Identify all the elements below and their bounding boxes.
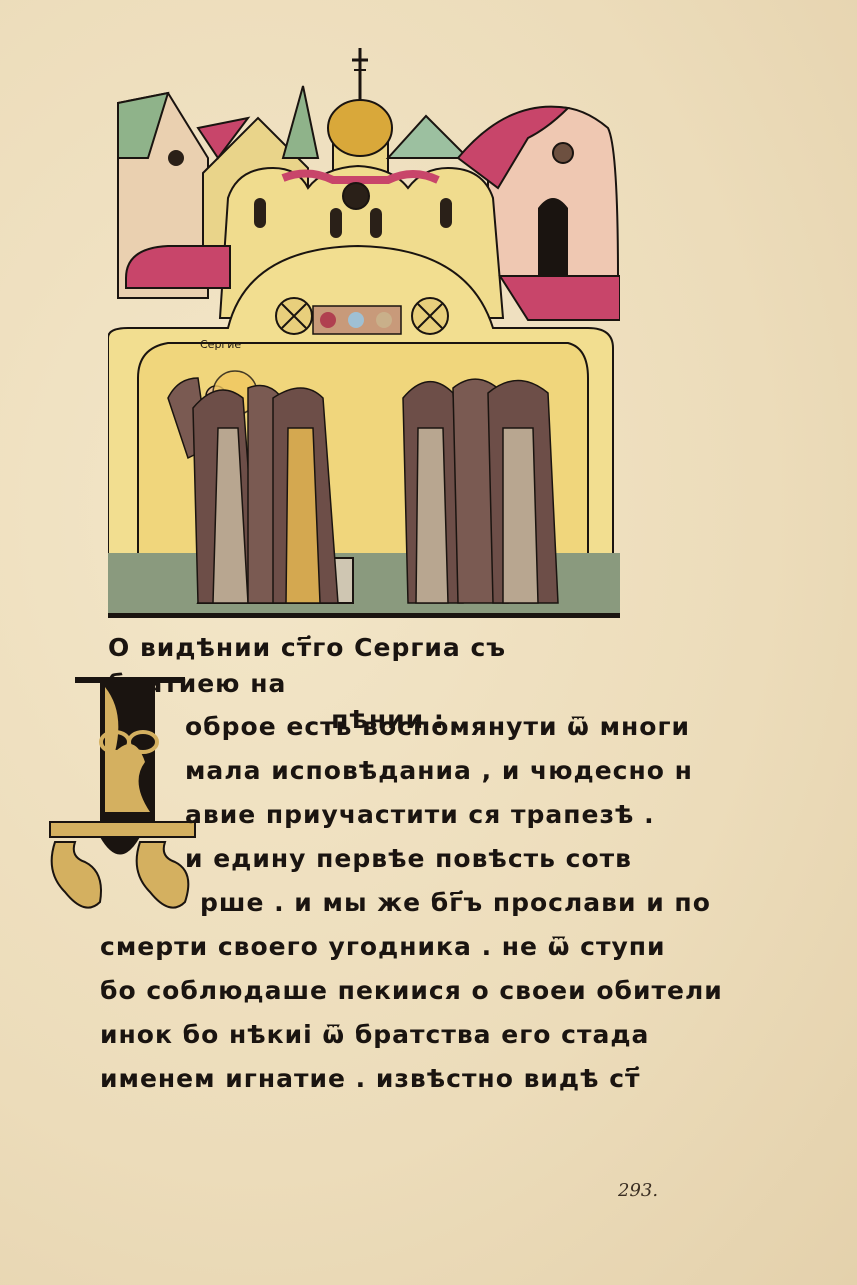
miniature-image: Сергие <box>108 48 620 618</box>
text-line: именем игнатие . извѣстно видѣ ст҃ <box>100 1064 641 1093</box>
illuminated-initial-d-icon <box>45 672 200 932</box>
text-line: бо соблюдаше пекиися о своеи обители <box>100 976 723 1005</box>
illuminated-initial: Д <box>45 672 200 932</box>
page-number: 293. <box>618 1180 658 1201</box>
text-line: оброе есть воспомянути ѿ многи <box>185 712 690 741</box>
text-line: рше . и мы же бг҃ъ прослави и по <box>200 888 711 917</box>
text-line: смерти своего угодника . не ѿ ступи <box>100 932 666 961</box>
text-line: мала исповѣданиа , и чюдесно н <box>185 756 693 785</box>
text-line: авие приучастити ся трапезѣ . <box>185 800 655 829</box>
text-line: инок бо нѣкиі ѿ братства его стада <box>100 1020 649 1049</box>
illumination-miniature: Сергие <box>108 48 620 618</box>
svg-text:Сергие: Сергие <box>200 338 241 351</box>
manuscript-page: Сергие О видѣнии ст҃го Сергиа съ братиею… <box>0 0 857 1285</box>
text-line: и едину первѣе повѣсть сотв <box>185 844 632 873</box>
